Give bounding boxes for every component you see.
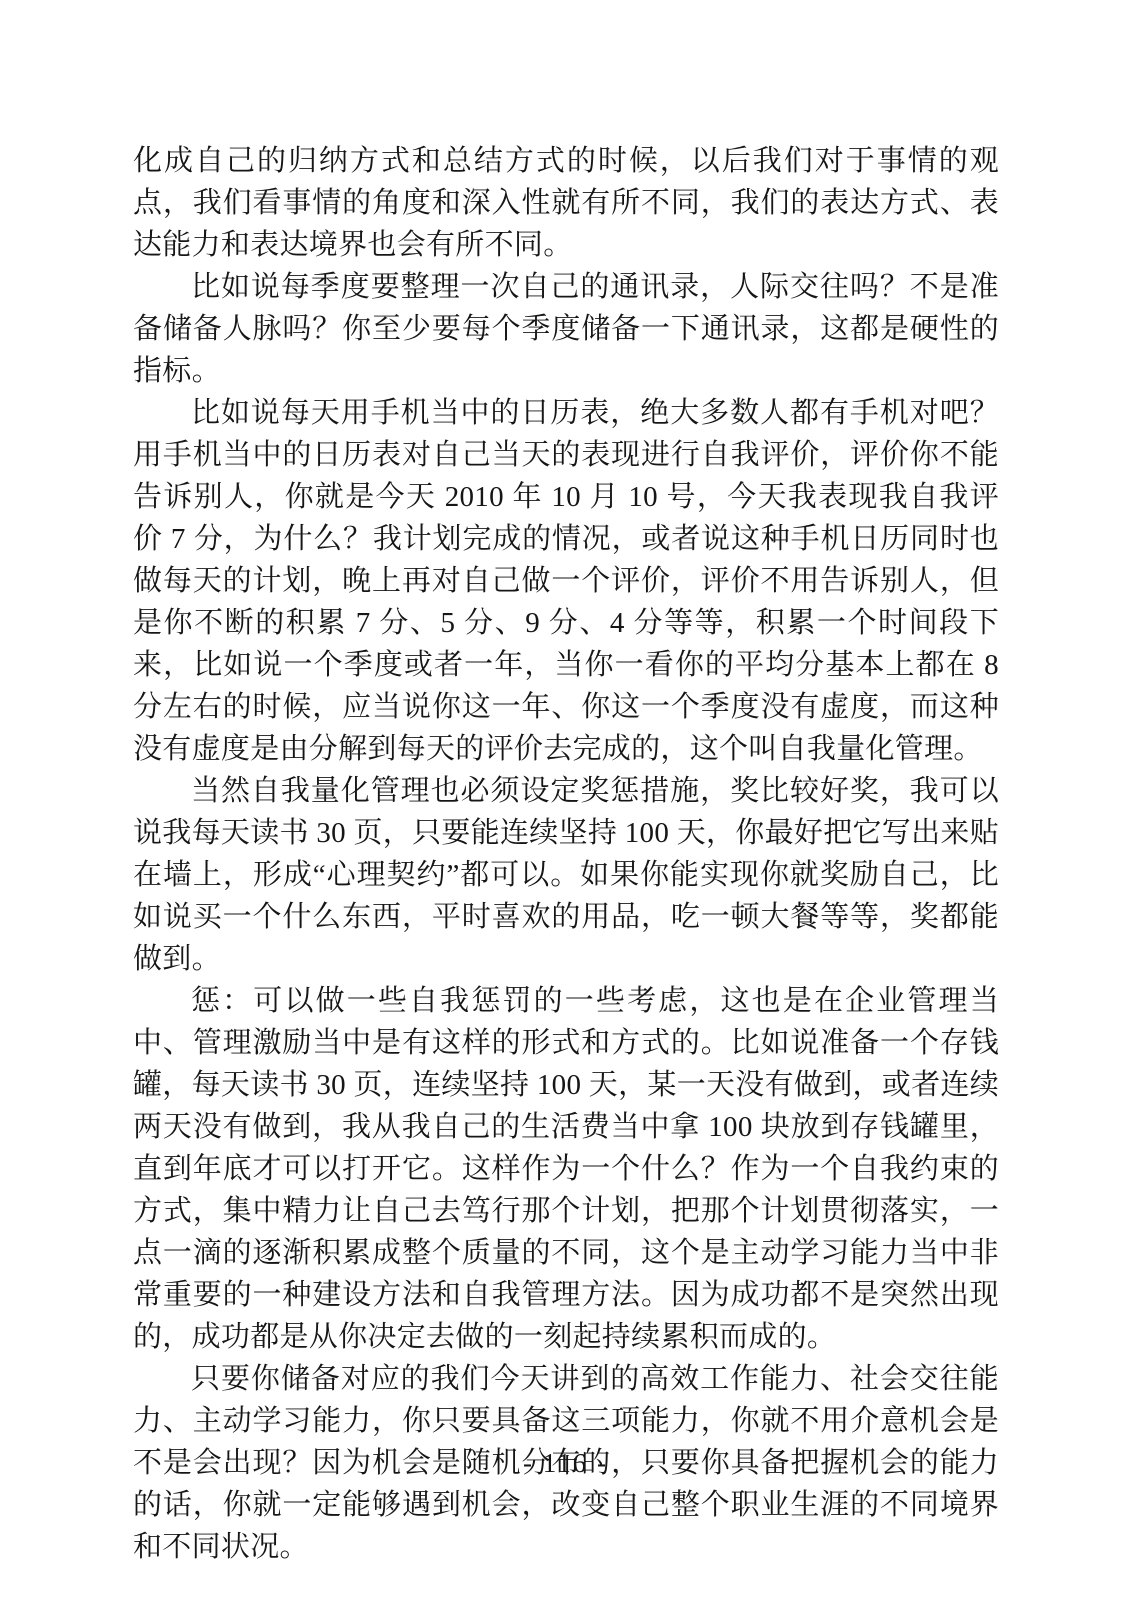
- paragraph: 当然自我量化管理也必须设定奖惩措施，奖比较好奖，我可以说我每天读书 30 页，只…: [133, 770, 999, 980]
- paragraph: 惩：可以做一些自我惩罚的一些考虑，这也是在企业管理当中、管理激励当中是有这样的形…: [133, 980, 999, 1358]
- body-text: 化成自己的归纳方式和总结方式的时候，以后我们对于事情的观点，我们看事情的角度和深…: [133, 140, 999, 1568]
- paragraph: 比如说每季度要整理一次自己的通讯录，人际交往吗？不是准备储备人脉吗？你至少要每个…: [133, 266, 999, 392]
- page-number: - 116 -: [0, 1448, 1131, 1479]
- document-page: 化成自己的归纳方式和总结方式的时候，以后我们对于事情的观点，我们看事情的角度和深…: [0, 0, 1131, 1600]
- paragraph: 比如说每天用手机当中的日历表，绝大多数人都有手机对吧？用手机当中的日历表对自己当…: [133, 392, 999, 770]
- paragraph: 化成自己的归纳方式和总结方式的时候，以后我们对于事情的观点，我们看事情的角度和深…: [133, 140, 999, 266]
